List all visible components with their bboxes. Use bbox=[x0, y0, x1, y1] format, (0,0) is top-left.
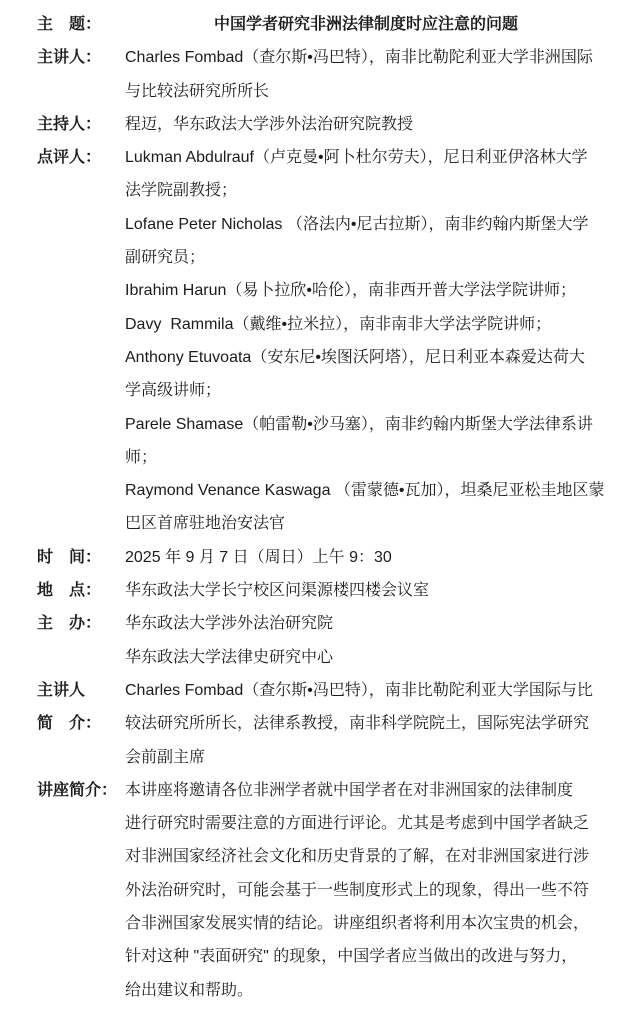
lecture-intro-label: 讲座简介： bbox=[37, 774, 125, 807]
topic-label: 主 题： bbox=[37, 8, 125, 41]
commentator-line: Raymond Venance Kaswaga （雷蒙德•瓦加），坦桑尼亚松圭地… bbox=[125, 474, 607, 507]
speaker-bio-label-line1: 主讲人 bbox=[37, 674, 125, 707]
speaker-line: 与比较法研究所所长 bbox=[125, 75, 607, 108]
speaker-bio-line: 较法研究所所长，法律系教授，南非科学院院土，国际宪法学研究 bbox=[125, 707, 607, 740]
lecture-intro-row: 讲座简介： 本讲座将邀请各位非洲学者就中国学者在对非洲国家的法律制度 进行研究时… bbox=[37, 774, 639, 1007]
lecture-notice-document: 主 题： 中国学者研究非洲法律制度时应注意的问题 主讲人： Charles Fo… bbox=[0, 0, 639, 1007]
lecture-title: 中国学者研究非洲法律制度时应注意的问题 bbox=[125, 8, 607, 41]
host-content-col: 程迈，华东政法大学涉外法治研究院教授 bbox=[125, 108, 607, 141]
organizer-line: 华东政法大学涉外法治研究院 bbox=[125, 607, 607, 640]
lecture-intro-line: 外法治研究时，可能会基于一些制度形式上的现象，得出一些不符 bbox=[125, 874, 607, 907]
organizer-content-col: 华东政法大学涉外法治研究院 华东政法大学法律史研究中心 bbox=[125, 607, 607, 674]
venue-value: 华东政法大学长宁校区问渠源楼四楼会议室 bbox=[125, 574, 607, 607]
speaker-row: 主讲人： Charles Fombad（查尔斯•冯巴特），南非比勒陀利亚大学非洲… bbox=[37, 41, 639, 108]
commentator-line: 师； bbox=[125, 441, 607, 474]
commentator-line: 学高级讲师； bbox=[125, 374, 607, 407]
lecture-intro-line: 给出建议和帮助。 bbox=[125, 974, 607, 1007]
organizer-line: 华东政法大学法律史研究中心 bbox=[125, 641, 607, 674]
time-label-col: 时 间： bbox=[37, 541, 125, 574]
host-label-col: 主持人： bbox=[37, 108, 125, 141]
venue-label-col: 地 点： bbox=[37, 574, 125, 607]
commentators-row: 点评人： Lukman Abdulrauf（卢克曼•阿卜杜尔劳夫），尼日利亚伊洛… bbox=[37, 141, 639, 541]
speaker-label-col: 主讲人： bbox=[37, 41, 125, 74]
host-line: 程迈，华东政法大学涉外法治研究院教授 bbox=[125, 108, 607, 141]
commentator-line: 法学院副教授； bbox=[125, 174, 607, 207]
speaker-bio-label-line2: 简 介： bbox=[37, 707, 125, 740]
commentator-line: 巴区首席驻地治安法官 bbox=[125, 507, 607, 540]
topic-label-col: 主 题： bbox=[37, 8, 125, 41]
commentator-line: Lofane Peter Nicholas （洛法内•尼古拉斯），南非约翰内斯堡… bbox=[125, 208, 607, 241]
venue-row: 地 点： 华东政法大学长宁校区问渠源楼四楼会议室 bbox=[37, 574, 639, 607]
time-content-col: 2025 年 9 月 7 日（周日）上午 9：30 bbox=[125, 541, 607, 574]
time-label: 时 间： bbox=[37, 541, 125, 574]
time-row: 时 间： 2025 年 9 月 7 日（周日）上午 9：30 bbox=[37, 541, 639, 574]
speaker-line: Charles Fombad（查尔斯•冯巴特），南非比勒陀利亚大学非洲国际 bbox=[125, 41, 607, 74]
organizer-label-col: 主 办： bbox=[37, 607, 125, 640]
speaker-label: 主讲人： bbox=[37, 41, 125, 74]
host-row: 主持人： 程迈，华东政法大学涉外法治研究院教授 bbox=[37, 108, 639, 141]
speaker-bio-row: 主讲人 简 介： Charles Fombad（查尔斯•冯巴特），南非比勒陀利亚… bbox=[37, 674, 639, 774]
commentator-line: Ibrahim Harun（易卜拉欣•哈伦），南非西开普大学法学院讲师； bbox=[125, 274, 607, 307]
speaker-bio-line: Charles Fombad（查尔斯•冯巴特），南非比勒陀利亚大学国际与比 bbox=[125, 674, 607, 707]
commentator-line: Lukman Abdulrauf（卢克曼•阿卜杜尔劳夫），尼日利亚伊洛林大学 bbox=[125, 141, 607, 174]
venue-label: 地 点： bbox=[37, 574, 125, 607]
speaker-content-col: Charles Fombad（查尔斯•冯巴特），南非比勒陀利亚大学非洲国际 与比… bbox=[125, 41, 607, 108]
speaker-bio-content-col: Charles Fombad（查尔斯•冯巴特），南非比勒陀利亚大学国际与比 较法… bbox=[125, 674, 607, 774]
speaker-bio-line: 会前副主席 bbox=[125, 741, 607, 774]
host-label: 主持人： bbox=[37, 108, 125, 141]
lecture-intro-content-col: 本讲座将邀请各位非洲学者就中国学者在对非洲国家的法律制度 进行研究时需要注意的方… bbox=[125, 774, 607, 1007]
commentator-line: Parele Shamase（帕雷勒•沙马塞），南非约翰内斯堡大学法律系讲 bbox=[125, 408, 607, 441]
lecture-intro-line: 本讲座将邀请各位非洲学者就中国学者在对非洲国家的法律制度 bbox=[125, 774, 607, 807]
lecture-intro-label-col: 讲座简介： bbox=[37, 774, 125, 807]
lecture-intro-line: 针对这种 "表面研究" 的现象，中国学者应当做出的改进与努力， bbox=[125, 940, 607, 973]
speaker-bio-label-col: 主讲人 简 介： bbox=[37, 674, 125, 741]
topic-row: 主 题： 中国学者研究非洲法律制度时应注意的问题 bbox=[37, 8, 639, 41]
commentators-label: 点评人： bbox=[37, 141, 125, 174]
lecture-intro-line: 对非洲国家经济社会文化和历史背景的了解，在对非洲国家进行涉 bbox=[125, 840, 607, 873]
commentators-label-col: 点评人： bbox=[37, 141, 125, 174]
time-value: 2025 年 9 月 7 日（周日）上午 9：30 bbox=[125, 541, 607, 574]
topic-content-col: 中国学者研究非洲法律制度时应注意的问题 bbox=[125, 8, 607, 41]
organizer-row: 主 办： 华东政法大学涉外法治研究院 华东政法大学法律史研究中心 bbox=[37, 607, 639, 674]
commentators-content-col: Lukman Abdulrauf（卢克曼•阿卜杜尔劳夫），尼日利亚伊洛林大学 法… bbox=[125, 141, 607, 541]
commentator-line: 副研究员； bbox=[125, 241, 607, 274]
lecture-intro-line: 进行研究时需要注意的方面进行评论。尤其是考虑到中国学者缺乏 bbox=[125, 807, 607, 840]
lecture-intro-line: 合非洲国家发展实情的结论。讲座组织者将利用本次宝贵的机会， bbox=[125, 907, 607, 940]
organizer-label: 主 办： bbox=[37, 607, 125, 640]
commentator-line: Davy Rammila（戴维•拉米拉），南非南非大学法学院讲师； bbox=[125, 308, 607, 341]
commentator-line: Anthony Etuvoata（安东尼•埃图沃阿塔），尼日利亚本森爱达荷大 bbox=[125, 341, 607, 374]
venue-content-col: 华东政法大学长宁校区问渠源楼四楼会议室 bbox=[125, 574, 607, 607]
